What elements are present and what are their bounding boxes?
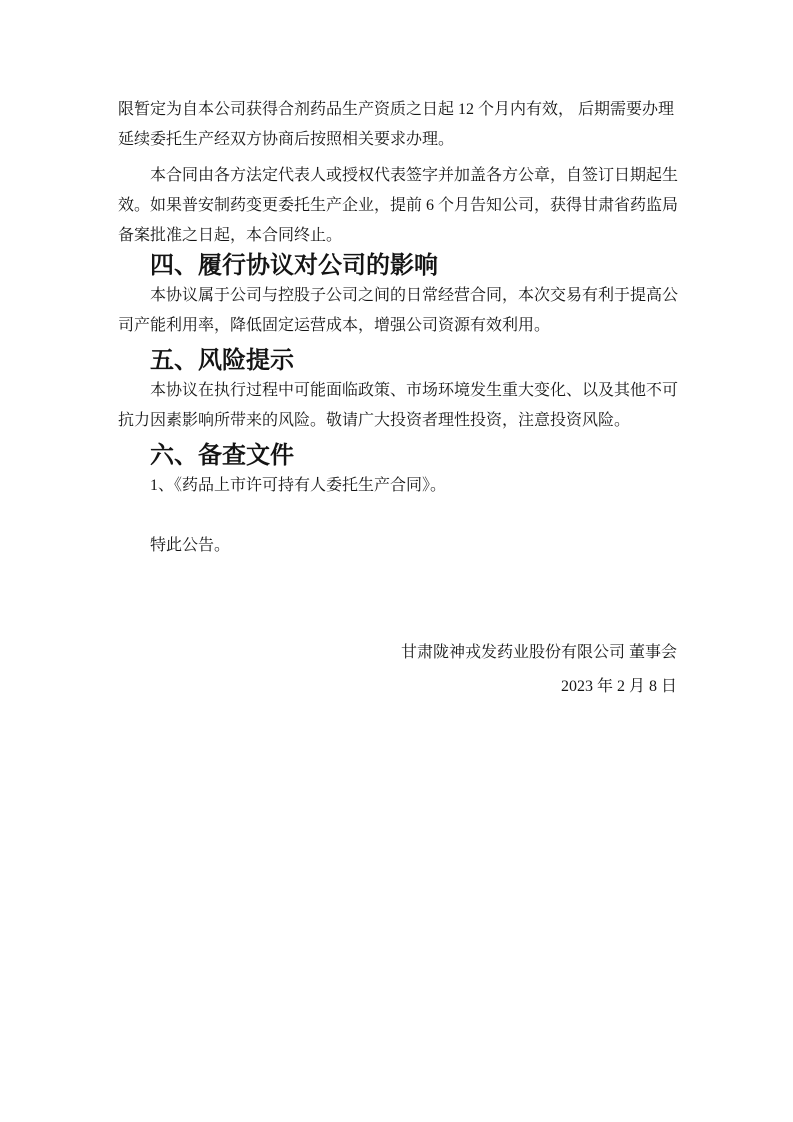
body-line-section5-2: 抗力因素影响所带来的风险。敬请广大投资者理性投资，注意投资风险。 bbox=[118, 406, 677, 436]
body-line-section5-1: 本协议在执行过程中可能面临政策、市场环境发生重大变化、以及其他不可 bbox=[118, 376, 677, 406]
body-line-contract-2: 效。如果普安制药变更委托生产企业，提前 6 个月告知公司，获得甘肃省药监局 bbox=[118, 191, 677, 221]
body-line-continued-2: 延续委托生产经双方协商后按照相关要求办理。 bbox=[118, 125, 677, 155]
body-line-continued-1: 限暂定为自本公司获得合剂药品生产资质之日起 12 个月内有效， 后期需要办理 bbox=[118, 95, 677, 125]
document-content: 限暂定为自本公司获得合剂药品生产资质之日起 12 个月内有效， 后期需要办理 延… bbox=[0, 0, 793, 702]
body-line-contract-1: 本合同由各方法定代表人或授权代表签字并加盖各方公章，自签订日期起生 bbox=[118, 161, 677, 191]
body-line-section4-1: 本协议属于公司与控股子公司之间的日常经营合同，本次交易有利于提高公 bbox=[118, 281, 677, 311]
body-line-contract-3: 备案批准之日起，本合同终止。 bbox=[118, 221, 677, 251]
signature-date: 2023 年 2 月 8 日 bbox=[118, 672, 677, 702]
document-page: 限暂定为自本公司获得合剂药品生产资质之日起 12 个月内有效， 后期需要办理 延… bbox=[0, 0, 793, 1122]
section-heading-4: 四、履行协议对公司的影响 bbox=[118, 251, 677, 281]
section-heading-6: 六、备查文件 bbox=[118, 441, 677, 471]
body-line-section4-2: 司产能利用率，降低固定运营成本，增强公司资源有效利用。 bbox=[118, 311, 677, 341]
reference-document-item: 1、《药品上市许可持有人委托生产合同》。 bbox=[118, 471, 677, 501]
section-heading-5: 五、风险提示 bbox=[118, 346, 677, 376]
signature-company: 甘肃陇神戎发药业股份有限公司 董事会 bbox=[118, 638, 677, 668]
closing-line: 特此公告。 bbox=[118, 531, 677, 561]
